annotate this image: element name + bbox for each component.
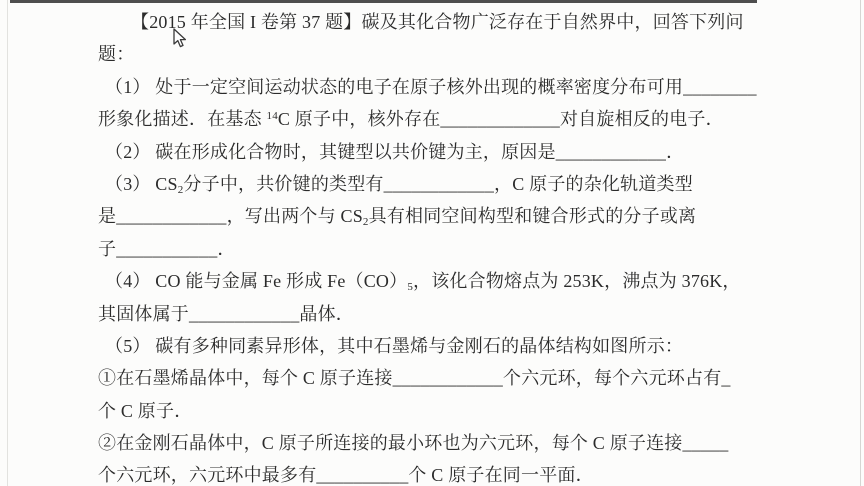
text-segment: 题：	[98, 44, 134, 64]
text-line: （2） 碳在形成化合物时，其键型以共价键为主，原因是____________．	[98, 136, 770, 168]
text-line: 【2015 年全国 I 卷第 37 题】碳及其化合物广泛存在于自然界中，回答下列…	[98, 6, 770, 38]
text-line: 其固体属于____________晶体．	[98, 298, 770, 330]
text-segment: （1） 处于一定空间运动状态的电子在原子核外出现的概率密度分布可用_______…	[105, 77, 757, 97]
text-segment: 是____________，写出两个与 CS	[98, 206, 363, 226]
text-line: ①在石墨烯晶体中，每个 C 原子连接____________个六元环，每个六元环…	[98, 362, 770, 394]
document-text: 【2015 年全国 I 卷第 37 题】碳及其化合物广泛存在于自然界中，回答下列…	[98, 6, 770, 486]
text-segment: 子___________．	[98, 239, 236, 259]
text-segment: 个六元环，六元环中最多有__________个 C 原子在同一平面．	[98, 465, 594, 485]
text-segment: （5） 碳有多种同素异形体，其中石墨烯与金刚石的晶体结构如图所示：	[105, 336, 683, 356]
text-segment: 分子中，共价键的类型有____________，C 原子的杂化轨道类型	[183, 174, 693, 194]
text-line: （4） CO 能与金属 Fe 形成 Fe（CO）5，该化合物熔点为 253K，沸…	[98, 265, 770, 297]
text-line: 是____________，写出两个与 CS2具有相同空间构型和键合形式的分子或…	[98, 200, 770, 232]
text-segment: （2） 碳在形成化合物时，其键型以共价键为主，原因是____________．	[105, 142, 684, 162]
text-segment: 其固体属于____________晶体．	[98, 304, 354, 324]
text-line: （5） 碳有多种同素异形体，其中石墨烯与金刚石的晶体结构如图所示：	[98, 330, 770, 362]
document-page: 【2015 年全国 I 卷第 37 题】碳及其化合物广泛存在于自然界中，回答下列…	[0, 0, 864, 486]
text-segment: ①在石墨烯晶体中，每个 C 原子连接____________个六元环，每个六元环…	[98, 368, 731, 388]
text-segment: 【2015 年全国 I 卷第 37 题】碳及其化合物广泛存在于自然界中，回答下列…	[131, 12, 744, 32]
text-segment: 具有相同空间构型和键合形式的分子或离	[369, 206, 697, 226]
text-segment: 个 C 原子．	[98, 401, 192, 421]
left-edge-line	[7, 0, 8, 486]
text-line: （3） CS2分子中，共价键的类型有____________，C 原子的杂化轨道…	[98, 168, 770, 200]
text-line: 子___________．	[98, 233, 770, 265]
right-edge-line	[860, 0, 861, 486]
text-line: 个 C 原子．	[98, 395, 770, 427]
text-segment: （3） CS	[105, 174, 178, 194]
text-line: ②在金刚石晶体中，C 原子所连接的最小环也为六元环，每个 C 原子连接_____	[98, 427, 770, 459]
text-line: 个六元环，六元环中最多有__________个 C 原子在同一平面．	[98, 459, 770, 486]
text-segment: C 原子中，核外存在_____________对自旋相反的电子．	[278, 109, 724, 129]
top-border-line	[10, 0, 757, 3]
text-segment: ②在金刚石晶体中，C 原子所连接的最小环也为六元环，每个 C 原子连接_____	[98, 433, 729, 453]
text-line: 形象化描述．在基态 14C 原子中，核外存在_____________对自旋相反…	[98, 103, 770, 135]
text-segment: ，该化合物熔点为 253K，沸点为 376K，	[413, 271, 741, 291]
text-segment: （4） CO 能与金属 Fe 形成 Fe（CO）	[105, 271, 407, 291]
text-line: （1） 处于一定空间运动状态的电子在原子核外出现的概率密度分布可用_______…	[98, 71, 770, 103]
text-line: 题：	[98, 38, 770, 70]
superscript-text: 14	[267, 110, 278, 122]
text-segment: 形象化描述．在基态	[98, 109, 267, 129]
